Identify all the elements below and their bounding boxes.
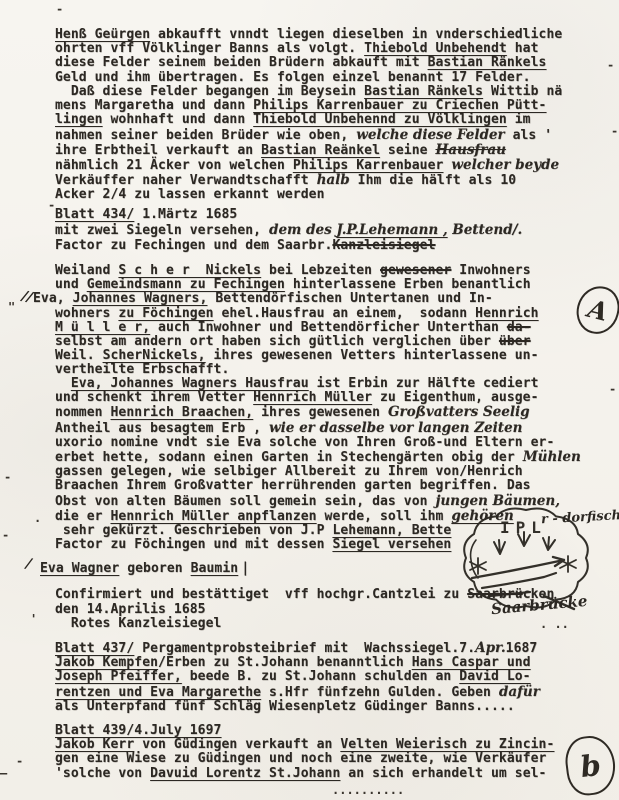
circled-letter-a: A (572, 282, 619, 339)
typed-text: David Lo- (459, 669, 530, 684)
typed-text: Siegel versehen (332, 537, 451, 552)
typed-text: von Güdingen verkauft an (134, 737, 340, 752)
typed-text: rentzen und Eva Margarethe (55, 685, 261, 700)
typed-text: Daß diese Felder begangen im Beysein (55, 84, 364, 99)
handwritten-insert-mark: // (20, 288, 33, 306)
stray-mark: - (611, 124, 618, 138)
text-line: und Gemeindsmann zu Fechingen hinterlass… (55, 278, 539, 292)
typed-text: gewesener (380, 263, 451, 278)
text-line: rentzen und Eva Margarethe s.Hfr fünfzeh… (55, 685, 540, 700)
typed-text: Gemeindsmann zu Fechingen (87, 277, 285, 292)
text-line: Geld und ihm übertragen. Es folgen einze… (55, 71, 562, 85)
typed-text: Joseph Pfeiffer, (55, 669, 182, 684)
para-blatt-439: Blatt 439/4.July 1697Jakob Kerr von Güdi… (55, 724, 554, 781)
text-line: M ü l l e r, auch Inwohner und Bettendör… (55, 321, 539, 335)
handwritten-text: halb (317, 172, 350, 188)
text-line: nahmen seiner beiden Brüder wie oben, we… (55, 128, 562, 143)
stray-mark: · (34, 514, 41, 528)
stray-mark: - (4, 470, 11, 484)
text-line: mens Margaretha und dann Philips Karrenb… (55, 99, 562, 113)
typed-text: Pergamentprobsteibrief mit Wachssiegel.7… (134, 641, 475, 656)
typed-text: gen eine Wiese zu Güdingen und noch eine… (55, 751, 546, 766)
handwritten-text: Bettend/. (448, 222, 523, 238)
text-line: sehr gekürzt. Geschrieben von J.P Lehema… (55, 524, 581, 538)
handwritten-text: Mühlen (523, 449, 581, 465)
circled-letter-b-label: b (578, 747, 602, 783)
typed-text: Verkäuffer naher Verwandtschafft (55, 173, 317, 188)
text-line: gen eine Wiese zu Güdingen und noch eine… (55, 752, 554, 766)
typed-text: Hans Caspar und (412, 655, 531, 670)
text-line: Confirmiert und bestättiget vff hochgr.C… (55, 588, 554, 603)
text-line: Obst von alten Bäumen soll gemein sein, … (55, 494, 581, 509)
stray-mark: - (48, 198, 55, 212)
typed-text: Bastian Ränkels (428, 55, 547, 70)
para-eva-wagner-cession: Eva, Johannes Wagners Hausfrau ist Erbin… (55, 377, 581, 552)
text-line: wohners zu Föchingen ehel.Hausfrau an ei… (55, 307, 539, 321)
text-line: und schenkt ihrem Vetter Hennrich Müller… (55, 391, 581, 405)
handwritten-text: jungen Bäumen, (435, 493, 559, 509)
text-line: die er Hennrich Müller anpflanzen werde,… (55, 509, 581, 524)
typed-text: Hennrich Müller anpflanzen (111, 509, 317, 524)
para-fields-inspection: Daß diese Felder begangen im Beysein Bas… (55, 85, 562, 203)
typed-text: Bastian Ränkels (364, 84, 483, 99)
stray-mark: ·········· (332, 786, 404, 800)
text-line: mit zwei Siegeln versehen, dem des J.P.L… (55, 223, 522, 239)
typed-text: gassen gelegen, wie selbiger Allbereit z… (55, 464, 523, 479)
handwritten-text: gehören (451, 508, 513, 524)
handwritten-text: Hausfrau (436, 142, 506, 158)
circled-letter-b: b (563, 733, 619, 798)
typed-text: zu Eigenthum, ausge- (372, 390, 538, 405)
typed-text: Hennrich Müller (253, 390, 372, 405)
typed-text: Thiebold Unbehendt (364, 41, 507, 56)
text-line: Henß Geürgen abkaufft vnndt liegen diese… (55, 28, 562, 42)
typed-text: lingen (55, 112, 103, 127)
stray-mark: — (0, 766, 7, 780)
heading-blatt-434: Blatt 434/ 1.Märtz 1685mit zwei Siegeln … (55, 207, 522, 254)
stray-mark: - (16, 754, 23, 768)
typed-text: uxorio nomine vndt sie Eva solche von Ih… (55, 435, 554, 450)
typed-text: Factor zu Fechingen und dem Saarbr. (55, 238, 332, 253)
text-line: Daß diese Felder begangen im Beysein Bas… (55, 85, 562, 99)
typed-text: Geld und ihm übertragen. Es folgen einze… (55, 70, 531, 85)
typed-text: ihres gewesenen (253, 405, 388, 420)
handwritten-text: J.P.Lehemann , (336, 222, 447, 238)
typed-text: hinterlassene Erben benantlich (285, 277, 531, 292)
text-line: nähmlich 21 Äcker von welchen Philips Ka… (55, 158, 562, 173)
typed-text: und schenkt ihrem Vetter (55, 390, 253, 405)
text-line: selbst am andern ort haben sich gütlich … (55, 335, 539, 349)
typed-text: nommen (55, 405, 111, 420)
typed-text: 1.Märtz 1685 (134, 207, 237, 222)
typed-text: Rotes Kanzleisiegel (55, 616, 221, 631)
typed-text: als ' (505, 128, 553, 143)
typed-text: Ihm die hälft als 10 (350, 173, 516, 188)
text-line: Factor zu Föchingen und mit dessen Siege… (55, 538, 581, 552)
typed-text: cken (523, 587, 555, 602)
typed-text: Saarbrü (467, 587, 523, 602)
text-line: Verkäuffer naher Verwandtschafft halb Ih… (55, 173, 562, 188)
typed-text: sehr gekürzt. Geschrieben von J.P (55, 523, 332, 538)
circled-letter-a-label: A (585, 294, 611, 327)
typed-text: und (55, 277, 87, 292)
typed-text (55, 376, 71, 391)
typed-text: Eva Wagner (40, 561, 119, 576)
stray-mark: · ·· (540, 620, 569, 634)
typed-text: /Erben zu St.Johann benanntlich (158, 655, 412, 670)
typed-text: wohnhaft und dann (103, 112, 254, 127)
typed-text: diese Felder seinem beiden Brüdern abkau… (55, 55, 428, 70)
typed-text: Baumin (191, 561, 239, 576)
text-line: diese Felder seinem beiden Brüdern abkau… (55, 56, 562, 70)
typed-text: ihres gewesenen Vetters hinterlassene un… (206, 348, 539, 363)
text-line: Joseph Pfeiffer, beede B. zu St.Johann s… (55, 670, 540, 684)
text-line: 'solche von Davuid Lorentz St.Johann an … (55, 767, 554, 781)
typed-text: selbst am andern ort haben sich gütlich … (55, 334, 499, 349)
typed-text: Kanzleisiegel (332, 238, 435, 253)
typed-text: Davuid Lorentz St.Johann (150, 766, 340, 781)
typed-text: Blatt 434/ (55, 207, 134, 222)
typed-text: Eva, Johannes Wagners Hausfrau (71, 376, 309, 391)
text-line: den 14.Aprilis 1685 (55, 603, 554, 618)
stray-mark: " (8, 300, 15, 314)
text-line: Eva, Johannes Wagners, Bettendörfischen … (33, 292, 539, 306)
typed-text: Obst von alten Bäumen soll gemein sein, … (55, 494, 435, 509)
typed-text: zu Föchingen (118, 306, 213, 321)
typed-text: über (499, 334, 531, 349)
handwritten-text: welche diese Felder (356, 127, 504, 143)
text-line: Factor zu Fechingen und dem Saarbr.Kanzl… (55, 238, 522, 254)
text-line: Jakob Kempfen/Erben zu St.Johann benannt… (55, 656, 540, 670)
text-line: Braachen Ihrem Großvatter herrührenden g… (55, 479, 581, 493)
text-line: Acker 2/4 zu lassen erkannt werden (55, 188, 562, 202)
text-line: Rotes Kanzleisiegel (55, 617, 554, 632)
text-line: uxorio nomine vndt sie Eva solche von Ih… (55, 436, 581, 450)
typed-text: mit zwei Siegeln versehen, (55, 223, 269, 238)
para-voelklingen-fields: Henß Geürgen abkaufft vnndt liegen diese… (55, 28, 562, 85)
typed-text: Thiebold Unbehennd zu Völklingen (253, 112, 507, 127)
text-line: Weiland S c h e r Nickels bei Lebzeiten … (55, 264, 539, 278)
typed-text: Confirmiert und bestättiget vff hochgr.C… (55, 587, 467, 602)
typed-text: erbet hette, sodann einen Garten in Stec… (55, 450, 523, 465)
text-line: lingen wohnhaft und dann Thiebold Unbehe… (55, 113, 562, 127)
typed-text: Hennrich (475, 306, 538, 321)
typed-text: s.Hfr fünfzehn Gulden. Geben (261, 685, 499, 700)
text-line: Eva, Johannes Wagners Hausfrau ist Erbin… (55, 377, 581, 391)
handwritten-text: Apr. (475, 640, 506, 656)
typed-text: Philips Karrenbauer zu Criechen Pütt- (253, 98, 546, 113)
handwritten-text: Großvatters Seelig (388, 404, 530, 420)
stray-mark: - (2, 528, 9, 542)
typed-text: S c h e r Nickels (118, 263, 261, 278)
text-line: als Unterpfand fünf Schläg Wiesenpletz G… (55, 700, 540, 714)
typed-text: ist Erbin zur Hälfte cediert (309, 376, 539, 391)
para-confirmation: Confirmiert und bestättiget vff hochgr.C… (55, 588, 554, 632)
typed-text: wohners (55, 306, 118, 321)
para-scher-nickels-erben: Weiland S c h e r Nickels bei Lebzeiten … (55, 264, 539, 378)
typed-text: an sich erhandelt um sel- (340, 766, 546, 781)
typed-text: Antheil aus besagtem Erb , (55, 421, 269, 436)
typed-text: Bastian Reänkel (261, 143, 380, 158)
typed-text: seine (380, 143, 436, 158)
typed-text: Weiland (55, 263, 118, 278)
typed-text: im (507, 112, 531, 127)
typed-text: Inwohners (451, 263, 530, 278)
text-line: ihre Erbtheil verkauft an Bastian Reänke… (55, 143, 562, 158)
text-line: Blatt 437/ Pergamentprobsteibrief mit Wa… (55, 641, 540, 656)
typed-text: Eva, (33, 291, 73, 306)
text-line: Antheil aus besagtem Erb , wie er dassel… (55, 421, 581, 436)
handwritten-text: wie er dasselbe vor langen Zeiten (269, 420, 522, 436)
typed-text: 'solche von (55, 766, 150, 781)
typed-text: nahmen seiner beiden Brüder wie oben, (55, 128, 356, 143)
typed-text: Bettendörfischen Untertanen und In- (207, 291, 492, 306)
typed-text: Jakob Kerr (55, 737, 134, 752)
typed-text: Weil. (55, 348, 103, 363)
typed-text: da- (507, 320, 531, 335)
typed-text: den 14.Aprilis 1685 (55, 602, 206, 617)
typed-text: ehel.Hausfrau an einem, sodann (214, 306, 476, 321)
typed-text: als Unterpfand fünf Schläg Wiesenpletz G… (55, 699, 515, 714)
typed-text: auch Inwohner und Bettendörficher Untert… (150, 320, 507, 335)
typed-text: Acker 2/4 zu lassen erkannt werden (55, 187, 325, 202)
text-line: erbet hette, sodann einen Garten in Stec… (55, 450, 581, 465)
stray-mark: - (609, 382, 616, 396)
text-line: ohrten vff Völklinger Banns als volgt. T… (55, 42, 562, 56)
text-line: Blatt 434/ 1.Märtz 1685 (55, 207, 522, 223)
heading-eva-wagner-baumin: Eva Wagner geboren Baumin | (40, 561, 248, 576)
scan-page: IPL Saarbrücke r - dorfische A b Henß Ge… (0, 0, 619, 800)
typed-text: Braachen Ihrem Großvatter herrührenden g… (55, 478, 531, 493)
stray-mark: ' (30, 612, 37, 626)
typed-text: beede B. zu St.Johann schulden an (182, 669, 459, 684)
handwritten-text: dem des (269, 222, 336, 238)
typed-text: nähmlich 21 Äcker von welchen (55, 158, 293, 173)
stray-mark: - (56, 2, 63, 16)
handwritten-text: dafür (499, 684, 540, 700)
text-line: Blatt 439/4.July 1697 (55, 724, 554, 738)
typed-text: ScherNickels, (103, 348, 206, 363)
typed-text: mens Margaretha und dann (55, 98, 253, 113)
typed-text: Wittib nä (483, 84, 562, 99)
typed-text: hat (507, 41, 539, 56)
typed-text: geboren (119, 561, 190, 576)
typed-text: Lehemann, Bette (332, 523, 451, 538)
handwritten-text: | (238, 560, 248, 576)
typed-text: werde, soll ihm (317, 509, 452, 524)
typed-text: Henß Geürgen (55, 27, 150, 42)
typed-text: M ü l l e r, (55, 320, 150, 335)
typed-text: abkaufft vnndt liegen dieselben in vnder… (150, 27, 562, 42)
typed-text: ohrten vff Völklinger Banns als volgt. (55, 41, 364, 56)
stray-mark: - (607, 58, 614, 72)
text-line: gassen gelegen, wie selbiger Allbereit z… (55, 465, 581, 479)
text-line: Jakob Kerr von Güdingen verkauft an Velt… (55, 738, 554, 752)
typed-text: Velten Weierisch zu Zincin- (340, 737, 554, 752)
typed-text: Blatt 439/4.July 1697 (55, 723, 221, 738)
typed-text: Blatt 437/ (55, 641, 134, 656)
typed-text: 1687 (506, 641, 538, 656)
text-line: Weil. ScherNickels, ihres gewesenen Vett… (55, 349, 539, 363)
handwritten-insert-mark: / (25, 556, 33, 573)
para-blatt-437: Blatt 437/ Pergamentprobsteibrief mit Wa… (55, 641, 540, 714)
typed-text: Philips Karrenbauer (293, 158, 444, 173)
typed-text: ihre Erbtheil verkauft an (55, 143, 261, 158)
text-line: nommen Hennrich Braachen, ihres gewesene… (55, 405, 581, 420)
text-line: Eva Wagner geboren Baumin | (40, 561, 248, 576)
typed-text: Jakob Kempfen (55, 655, 158, 670)
handwritten-text: welcher beyde (451, 157, 559, 173)
typed-text: bei Lebzeiten (261, 263, 380, 278)
typed-text: Factor zu Föchingen und mit dessen (55, 537, 332, 552)
typed-text: die er (55, 509, 111, 524)
typed-text: Hennrich Braachen, (111, 405, 254, 420)
typed-text: Johannes Wagners, (73, 291, 208, 306)
